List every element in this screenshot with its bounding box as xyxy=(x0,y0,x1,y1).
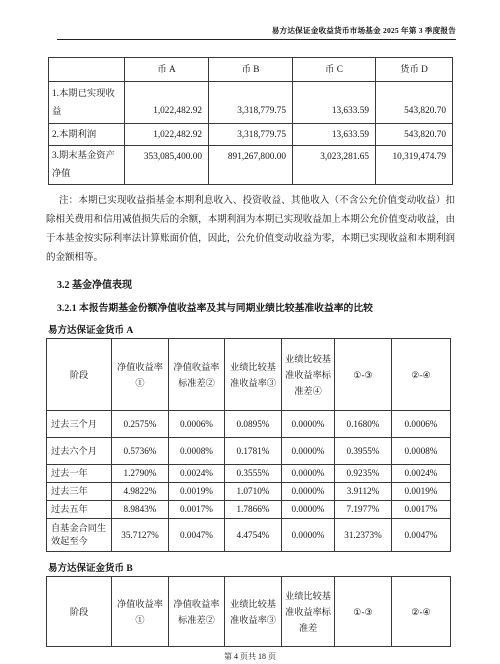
column-header-class-a: 币 A xyxy=(125,58,209,82)
row-label: 1.本期已实现收益 xyxy=(49,82,125,124)
row-label: 过去三个月 xyxy=(47,411,112,438)
section-3-2-1-heading: 3.2.1 本报告期基金份额净值收益率及其与同期业绩比较基准收益率的比较 xyxy=(57,300,500,314)
perf-column-header: 业绩比较基准收益率③ xyxy=(225,577,282,647)
cell-value: 13,633.59 xyxy=(293,124,376,146)
perf-column-header: ①-③ xyxy=(335,339,392,411)
cell-value: 0.1781% xyxy=(225,438,282,465)
row-label: 过去五年 xyxy=(47,501,112,519)
table-row: 1.本期已实现收益 1,022,482.92 3,318,779.75 13,6… xyxy=(49,82,453,124)
column-header-class-c: 币 C xyxy=(293,58,376,82)
cell-value: 0.0000% xyxy=(282,501,335,519)
cell-value: 0.1680% xyxy=(335,411,392,438)
cell-value: 0.0024% xyxy=(392,465,451,483)
cell-value: 1.7866% xyxy=(225,501,282,519)
cell-value: 0.0047% xyxy=(392,519,451,552)
cell-value: 0.3555% xyxy=(225,465,282,483)
cell-value: 1.2790% xyxy=(112,465,169,483)
cell-value: 0.0000% xyxy=(282,465,335,483)
cell-value: 0.0000% xyxy=(282,438,335,465)
perf-column-header: 净值收益率① xyxy=(112,339,169,411)
cell-value: 8.9843% xyxy=(112,501,169,519)
cell-value: 0.0017% xyxy=(169,501,225,519)
cell-value: 3,318,779.75 xyxy=(209,82,293,124)
perf-column-header: 业绩比较基准收益率标准差 xyxy=(282,577,335,647)
section-3-2-heading: 3.2 基金净值表现 xyxy=(57,276,500,291)
perf-column-header: 业绩比较基准收益率标准差④ xyxy=(282,339,335,411)
cell-value: 0.0895% xyxy=(225,411,282,438)
fund-b-title: 易方达保证金货币 B xyxy=(48,560,500,574)
perf-row: 过去三个月 0.2575% 0.0006% 0.0895% 0.0000% 0.… xyxy=(47,411,451,438)
cell-value: 353,085,400.00 xyxy=(125,146,209,185)
cell-value: 1.0710% xyxy=(225,483,282,501)
cell-value: 0.0000% xyxy=(282,411,335,438)
cell-value: 35.7127% xyxy=(112,519,169,552)
column-header-blank xyxy=(49,58,125,82)
fund-a-performance-table: 阶段 净值收益率① 净值收益率标准差② 业绩比较基准收益率③ 业绩比较基准收益率… xyxy=(46,338,451,552)
cell-value: 0.0008% xyxy=(392,438,451,465)
cell-value: 4.4754% xyxy=(225,519,282,552)
cell-value: 0.3955% xyxy=(335,438,392,465)
cell-value: 0.0006% xyxy=(392,411,451,438)
perf-column-header: ②-④ xyxy=(392,577,451,647)
row-label: 过去一年 xyxy=(47,465,112,483)
table-row: 3.期末基金资产净值 353,085,400.00 891,267,800.00… xyxy=(49,146,453,185)
fund-a-title: 易方达保证金货币 A xyxy=(48,322,500,336)
perf-header-row: 阶段 净值收益率① 净值收益率标准差② 业绩比较基准收益率③ 业绩比较基准收益率… xyxy=(47,577,451,647)
cell-value: 543,820.70 xyxy=(376,82,453,124)
cell-value: 0.0008% xyxy=(169,438,225,465)
report-title: 易方达保证金收益货币市场基金 2025 年第 3 季度报告 xyxy=(272,26,456,35)
perf-column-header: 阶段 xyxy=(47,577,112,647)
fund-b-performance-table: 阶段 净值收益率① 净值收益率标准差② 业绩比较基准收益率③ 业绩比较基准收益率… xyxy=(46,576,451,647)
cell-value: 31.2373% xyxy=(335,519,392,552)
cell-value: 0.0024% xyxy=(169,465,225,483)
cell-value: 3,023,281.65 xyxy=(293,146,376,185)
perf-column-header: 净值收益率标准差② xyxy=(169,577,225,647)
cell-value: 0.0000% xyxy=(282,483,335,501)
row-label: 过去六个月 xyxy=(47,438,112,465)
report-page: 易方达保证金收益货币市场基金 2025 年第 3 季度报告 币 A 币 B 币 … xyxy=(0,0,500,664)
cell-value: 1,022,482.92 xyxy=(125,124,209,146)
perf-column-header: 阶段 xyxy=(47,339,112,411)
cell-value: 3.9112% xyxy=(335,483,392,501)
note-paragraph: 注：本期已实现收益指基金本期利息收入、投资收益、其他收入（不含公允价值变动收益）… xyxy=(46,192,455,268)
cell-value: 0.0017% xyxy=(392,501,451,519)
financial-indicators-table: 币 A 币 B 币 C 货币 D 1.本期已实现收益 1,022,482.92 … xyxy=(48,57,453,185)
cell-value: 0.2575% xyxy=(112,411,169,438)
perf-column-header: 业绩比较基准收益率③ xyxy=(225,339,282,411)
column-header-class-b: 币 B xyxy=(209,58,293,82)
cell-value: 0.0019% xyxy=(169,483,225,501)
cell-value: 1,022,482.92 xyxy=(125,82,209,124)
column-header-class-d: 货币 D xyxy=(376,58,453,82)
perf-row: 自基金合同生效起至今 35.7127% 0.0047% 4.4754% 0.00… xyxy=(47,519,451,552)
cell-value: 10,319,474.79 xyxy=(376,146,453,185)
cell-value: 7.1977% xyxy=(335,501,392,519)
perf-row: 过去三年 4.9822% 0.0019% 1.0710% 0.0000% 3.9… xyxy=(47,483,451,501)
cell-value: 0.5736% xyxy=(112,438,169,465)
cell-value: 0.0000% xyxy=(282,519,335,552)
cell-value: 13,633.59 xyxy=(293,82,376,124)
page-header: 易方达保证金收益货币市场基金 2025 年第 3 季度报告 xyxy=(57,25,456,40)
row-label: 过去三年 xyxy=(47,483,112,501)
perf-row: 过去五年 8.9843% 0.0017% 1.7866% 0.0000% 7.1… xyxy=(47,501,451,519)
cell-value: 0.0019% xyxy=(392,483,451,501)
row-label: 自基金合同生效起至今 xyxy=(47,519,112,552)
perf-column-header: 净值收益率① xyxy=(112,577,169,647)
perf-column-header: ②-④ xyxy=(392,339,451,411)
table-row: 2.本期利润 1,022,482.92 3,318,779.75 13,633.… xyxy=(49,124,453,146)
cell-value: 0.0006% xyxy=(169,411,225,438)
cell-value: 0.9235% xyxy=(335,465,392,483)
cell-value: 543,820.70 xyxy=(376,124,453,146)
perf-column-header: ①-③ xyxy=(335,577,392,647)
table-header-row: 币 A 币 B 币 C 货币 D xyxy=(49,58,453,82)
perf-row: 过去六个月 0.5736% 0.0008% 0.1781% 0.0000% 0.… xyxy=(47,438,451,465)
perf-header-row: 阶段 净值收益率① 净值收益率标准差② 业绩比较基准收益率③ 业绩比较基准收益率… xyxy=(47,339,451,411)
row-label: 3.期末基金资产净值 xyxy=(49,146,125,185)
page-footer: 第 4 页共 18 页 xyxy=(0,651,500,662)
cell-value: 3,318,779.75 xyxy=(209,124,293,146)
perf-row: 过去一年 1.2790% 0.0024% 0.3555% 0.0000% 0.9… xyxy=(47,465,451,483)
cell-value: 0.0047% xyxy=(169,519,225,552)
cell-value: 4.9822% xyxy=(112,483,169,501)
perf-column-header: 净值收益率标准差② xyxy=(169,339,225,411)
row-label: 2.本期利润 xyxy=(49,124,125,146)
cell-value: 891,267,800.00 xyxy=(209,146,293,185)
